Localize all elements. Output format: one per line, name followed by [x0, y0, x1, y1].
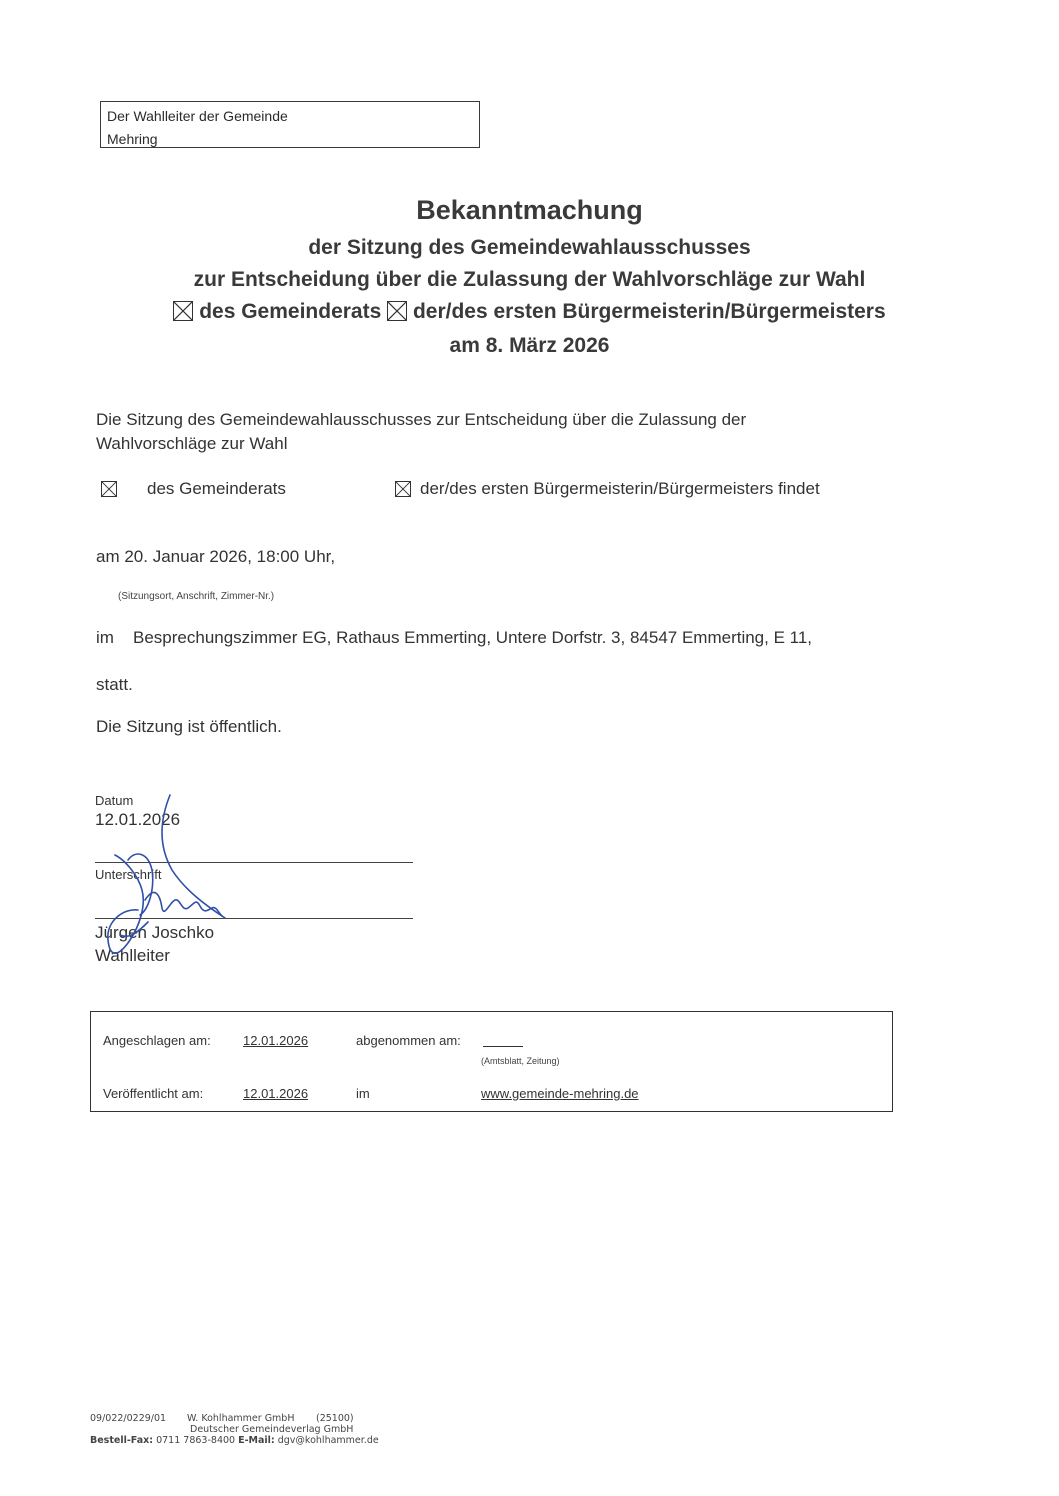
meeting-datetime: am 20. Januar 2026, 18:00 Uhr, — [96, 547, 335, 567]
posted-date: 12.01.2026 — [243, 1033, 308, 1048]
form-number: 09/022/0229/01 — [90, 1413, 166, 1424]
publisher-code: (25100) — [316, 1413, 354, 1424]
sender-line-1: Der Wahlleiter der Gemeinde — [107, 105, 479, 128]
sender-box: Der Wahlleiter der Gemeinde Mehring — [100, 101, 480, 148]
statt-text: statt. — [96, 675, 133, 695]
signature-line-top — [95, 862, 413, 863]
heading-line-1: der Sitzung des Gemeindewahlausschusses — [0, 236, 1059, 260]
publisher-2: Deutscher Gemeindeverlag GmbH — [190, 1424, 353, 1435]
heading-line-2: zur Entscheidung über die Zulassung der … — [0, 268, 1059, 292]
public-note: Die Sitzung ist öffentlich. — [96, 717, 282, 737]
intro-line-1: Die Sitzung des Gemeindewahlausschusses … — [96, 410, 746, 430]
order-contact: Bestell-Fax: 0711 7863-8400 E-Mail: dgv@… — [90, 1435, 379, 1446]
fax-label: Bestell-Fax: — [90, 1435, 153, 1446]
date-label: Datum — [95, 793, 133, 808]
published-in-link[interactable]: www.gemeinde-mehring.de — [481, 1086, 639, 1101]
intro-line-2: Wahlvorschläge zur Wahl — [96, 434, 287, 454]
published-in-label: im — [356, 1086, 370, 1101]
posted-label: Angeschlagen am: — [103, 1033, 211, 1048]
date-value: 12.01.2026 — [95, 810, 180, 830]
published-label: Veröffentlicht am: — [103, 1086, 203, 1101]
heading-checkbox-gemeinderat[interactable] — [173, 301, 193, 321]
signature-label: Unterschrift — [95, 867, 161, 882]
location-hint: (Sitzungsort, Anschrift, Zimmer-Nr.) — [118, 591, 274, 602]
fax-number: 0711 7863-8400 — [156, 1435, 235, 1446]
signer-name: Jürgen Joschko — [95, 923, 214, 943]
sender-line-2: Mehring — [107, 128, 479, 151]
body-option-gemeinderat: des Gemeinderats — [147, 479, 286, 499]
signer-role: Wahlleiter — [95, 946, 170, 966]
medium-hint: (Amtsblatt, Zeitung) — [481, 1056, 560, 1066]
heading-option-gemeinderat: des Gemeinderats — [199, 300, 381, 323]
email-address[interactable]: dgv@kohlhammer.de — [278, 1435, 379, 1446]
heading-checkbox-buergermeister[interactable] — [387, 301, 407, 321]
location-prefix: im — [96, 628, 114, 648]
publisher-1: W. Kohlhammer GmbH — [187, 1413, 294, 1424]
heading-options: des Gemeinderats der/des ersten Bürgerme… — [0, 300, 1059, 324]
email-label: E-Mail: — [238, 1435, 275, 1446]
body-checkbox-buergermeister[interactable] — [395, 481, 411, 497]
meeting-location: Besprechungszimmer EG, Rathaus Emmerting… — [133, 628, 812, 648]
heading-option-buergermeister: der/des ersten Bürgermeisterin/Bürgermei… — [413, 300, 886, 323]
published-date: 12.01.2026 — [243, 1086, 308, 1101]
body-checkbox-gemeinderat[interactable] — [101, 481, 117, 497]
heading-election-date: am 8. März 2026 — [0, 334, 1059, 358]
removed-label: abgenommen am: — [356, 1033, 461, 1048]
document-title: Bekanntmachung — [0, 195, 1059, 226]
body-option-buergermeister: der/des ersten Bürgermeisterin/Bürgermei… — [420, 479, 820, 499]
signature-line-bottom — [95, 918, 413, 919]
removed-date-blank — [483, 1046, 523, 1047]
